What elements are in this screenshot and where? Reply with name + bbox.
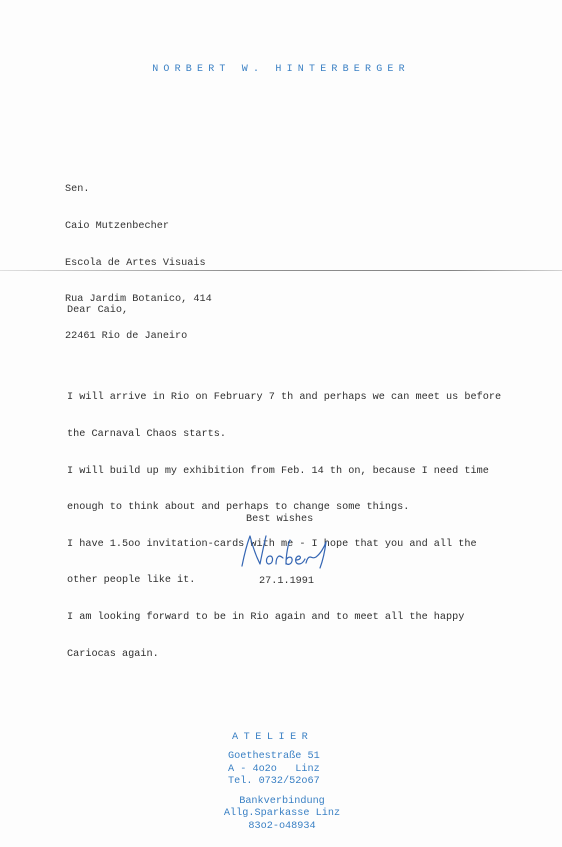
bank-line: Allg.Sparkasse Linz: [0, 808, 562, 820]
atelier-address-line: A - 4o2o Linz: [228, 764, 320, 777]
atelier-address-line: Goethestraße 51: [228, 751, 320, 764]
body-line: I am looking forward to be in Rio again …: [67, 612, 501, 624]
atelier-address: Goethestraße 51 A - 4o2o Linz Tel. 0732/…: [228, 751, 320, 789]
closing: Best wishes: [246, 514, 313, 525]
letterhead-name: NORBERT W. HINTERBERGER: [0, 64, 562, 75]
recipient-line: 22461 Rio de Janeiro: [65, 331, 212, 343]
letter-date: 27.1.1991: [259, 576, 314, 587]
body-line: the Carnaval Chaos starts.: [67, 429, 501, 441]
body-line: I will arrive in Rio on February 7 th an…: [67, 392, 501, 404]
footer-heading: ATELIER: [232, 732, 313, 743]
bank-details: Bankverbindung Allg.Sparkasse Linz 83o2-…: [0, 796, 562, 833]
recipient-line: Caio Mutzenbecher: [65, 221, 212, 233]
paper-fold-line: [0, 270, 562, 271]
greeting: Dear Caio,: [67, 305, 128, 316]
atelier-address-line: Tel. 0732/52o67: [228, 776, 320, 789]
letter-body: I will arrive in Rio on February 7 th an…: [67, 368, 501, 685]
body-line: enough to think about and perhaps to cha…: [67, 502, 501, 514]
body-line: I will build up my exhibition from Feb. …: [67, 466, 501, 478]
letter-page: NORBERT W. HINTERBERGER Sen. Caio Mutzen…: [0, 0, 562, 847]
handwritten-signature: Norbert: [236, 530, 336, 572]
bank-line: 83o2-o48934: [0, 821, 562, 833]
body-line: Cariocas again.: [67, 649, 501, 661]
recipient-address: Sen. Caio Mutzenbecher Escola de Artes V…: [65, 160, 212, 367]
bank-line: Bankverbindung: [0, 796, 562, 808]
recipient-line: Sen.: [65, 184, 212, 196]
recipient-line: Escola de Artes Visuais: [65, 258, 212, 270]
